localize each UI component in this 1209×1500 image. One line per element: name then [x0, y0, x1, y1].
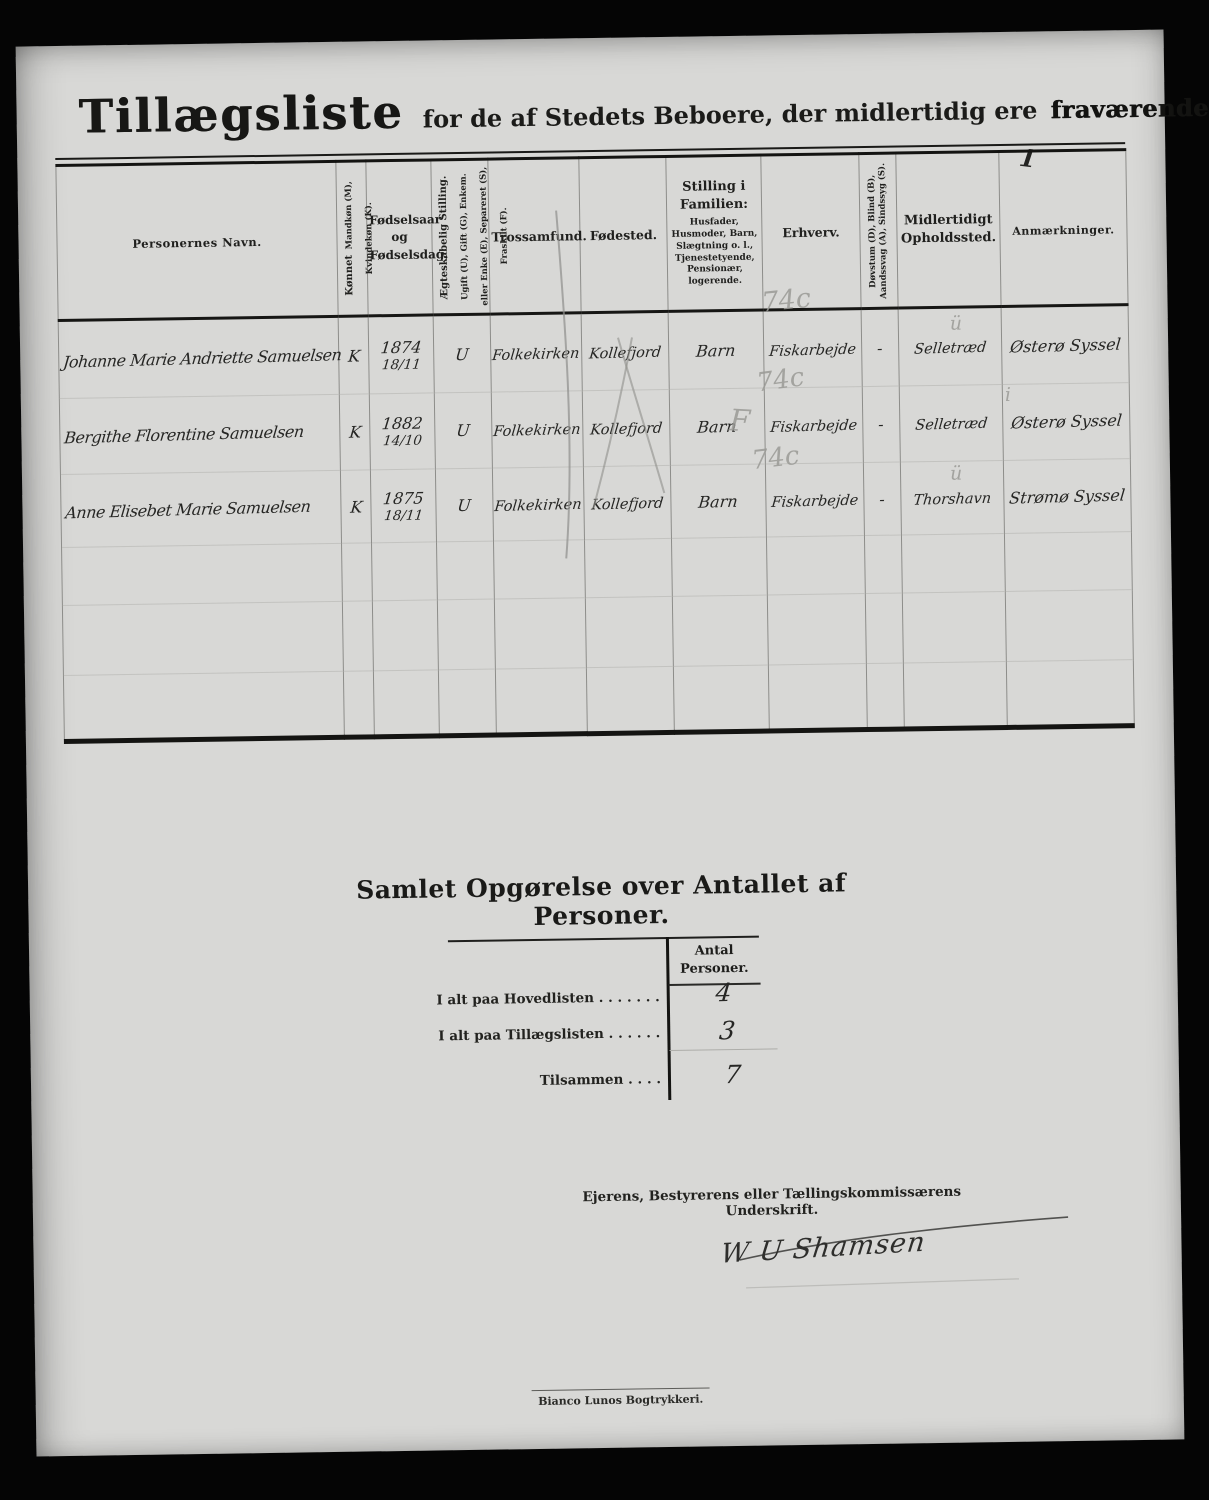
header-aegteskabelig-vertical: Ægteskabelig Stilling. Ugift (U), Gift (…	[433, 162, 515, 311]
header-doevstum-blind: Døvstum (D), Blind (B), Aandssvag (A), S…	[859, 153, 898, 309]
cell-remarks: Østerø Syssel	[1002, 383, 1130, 461]
header-foedested: Fødested.	[579, 156, 668, 312]
cell-occupation: Fiskarbejde	[765, 463, 864, 537]
persons-table: Personernes Navn. Kønnet Mandkøn (M), Kv…	[55, 148, 1134, 744]
cell-sex: K	[340, 470, 371, 543]
cell-birth: 187518/11	[370, 469, 436, 543]
pencil-tick-row3: ü	[950, 463, 963, 485]
header-stilling-i-familien: Stilling i Familien: Husfader, Husmoder,…	[666, 155, 763, 311]
printer-rule	[532, 1387, 710, 1391]
census-form-page: Tillægsliste for de af Stedets Beboere, …	[16, 30, 1185, 1457]
cell-birthplace: Kollefjord	[583, 465, 671, 539]
summary-label-tilsammen: Tilsammen . . . .	[401, 1071, 661, 1091]
form-subtitle: for de af Stedets Beboere, der midlertid…	[423, 95, 1038, 133]
pencil-tick-row1: ü	[950, 313, 963, 335]
cell-family: Barn	[668, 310, 764, 389]
header-anmaerkninger: Anmærkninger.	[999, 150, 1128, 307]
cell-remarks: Strømø Syssel	[1003, 459, 1131, 534]
cell-disability: -	[863, 462, 901, 536]
cell-name: Bergithe Florentine Samuelsen	[59, 394, 340, 474]
summary-label-hovedlisten: I alt paa Hovedlisten . . . . . . .	[400, 989, 660, 1009]
summary-value-tillaegslisten: 3	[719, 1016, 735, 1045]
cell-marital: U	[435, 468, 493, 542]
cell-disability: -	[861, 308, 899, 387]
form-title-row: Tillægsliste for de af Stedets Beboere, …	[78, 73, 1209, 144]
header-midlertidigt-opholdssted: Midlertidigt Opholdssted.	[896, 152, 1001, 309]
cell-faith: Folkekirken	[492, 467, 584, 541]
cell-disability: -	[862, 386, 900, 463]
signature-handwritten: W U Shamsen	[719, 1227, 927, 1270]
cell-family: Barn	[670, 464, 766, 538]
cell-name: Anne Elisebet Marie Samuelsen	[60, 470, 341, 547]
pencil-mark-74c-row3: 74c	[750, 441, 801, 476]
signature-caption: Ejerens, Bestyrerens eller Tællingskommi…	[576, 1184, 968, 1222]
summary-col-header: Antal Personer.	[668, 942, 761, 980]
cell-remarks: Østerø Syssel	[1001, 305, 1129, 385]
summary-subtotal-rule	[670, 1048, 778, 1051]
pencil-stray-letter: F	[728, 403, 751, 439]
header-koennet: Kønnet Mandkøn (M), Kvindekøn (K).	[336, 161, 368, 316]
cell-birth: 188214/10	[369, 393, 435, 470]
summary-label-tillaegslisten: I alt paa Tillægslisten . . . . . .	[400, 1025, 660, 1045]
cell-faith: Folkekirken	[491, 391, 583, 468]
form-subtitle-emphasis: fraværende.	[1050, 93, 1209, 124]
form-title: Tillægsliste	[78, 85, 404, 144]
cell-temp-stay: Selletræd	[899, 384, 1003, 462]
cell-sex: K	[339, 394, 370, 470]
cell-marital: U	[433, 314, 491, 393]
pencil-mark-74c-row1: 74c	[760, 283, 812, 319]
header-koennet-vertical: Kønnet Mandkøn (M), Kvindekøn (K).	[338, 164, 380, 313]
summary-top-rule	[448, 936, 759, 943]
summary-value-hovedlisten: 4	[716, 978, 732, 1007]
cell-sex: K	[338, 316, 369, 394]
cell-marital: U	[434, 392, 492, 469]
summary-value-tilsammen: 7	[725, 1060, 741, 1089]
cell-birthplace: Kollefjord	[581, 311, 669, 390]
header-doevstum-vertical: Døvstum (D), Blind (B), Aandssvag (A), S…	[867, 157, 890, 305]
pencil-tick-row2: i	[1005, 384, 1011, 406]
summary-title: Samlet Opgørelse over Antallet af Person…	[311, 868, 892, 935]
cell-birthplace: Kollefjord	[582, 389, 670, 466]
cell-birth: 187418/11	[368, 315, 434, 394]
cell-name: Johanne Marie Andriette Samuelsen	[58, 316, 339, 398]
cell-faith: Folkekirken	[490, 313, 582, 392]
printer-imprint: Bianco Lunos Bogtrykkeri.	[514, 1392, 728, 1408]
table-header-row: Personernes Navn. Kønnet Mandkøn (M), Kv…	[56, 150, 1128, 321]
persons-table-wrap: Personernes Navn. Kønnet Mandkøn (M), Kv…	[55, 142, 1134, 744]
header-personernes-navn: Personernes Navn.	[56, 161, 338, 320]
header-aegteskabelig-stilling: Ægteskabelig Stilling. Ugift (U), Gift (…	[431, 159, 490, 315]
